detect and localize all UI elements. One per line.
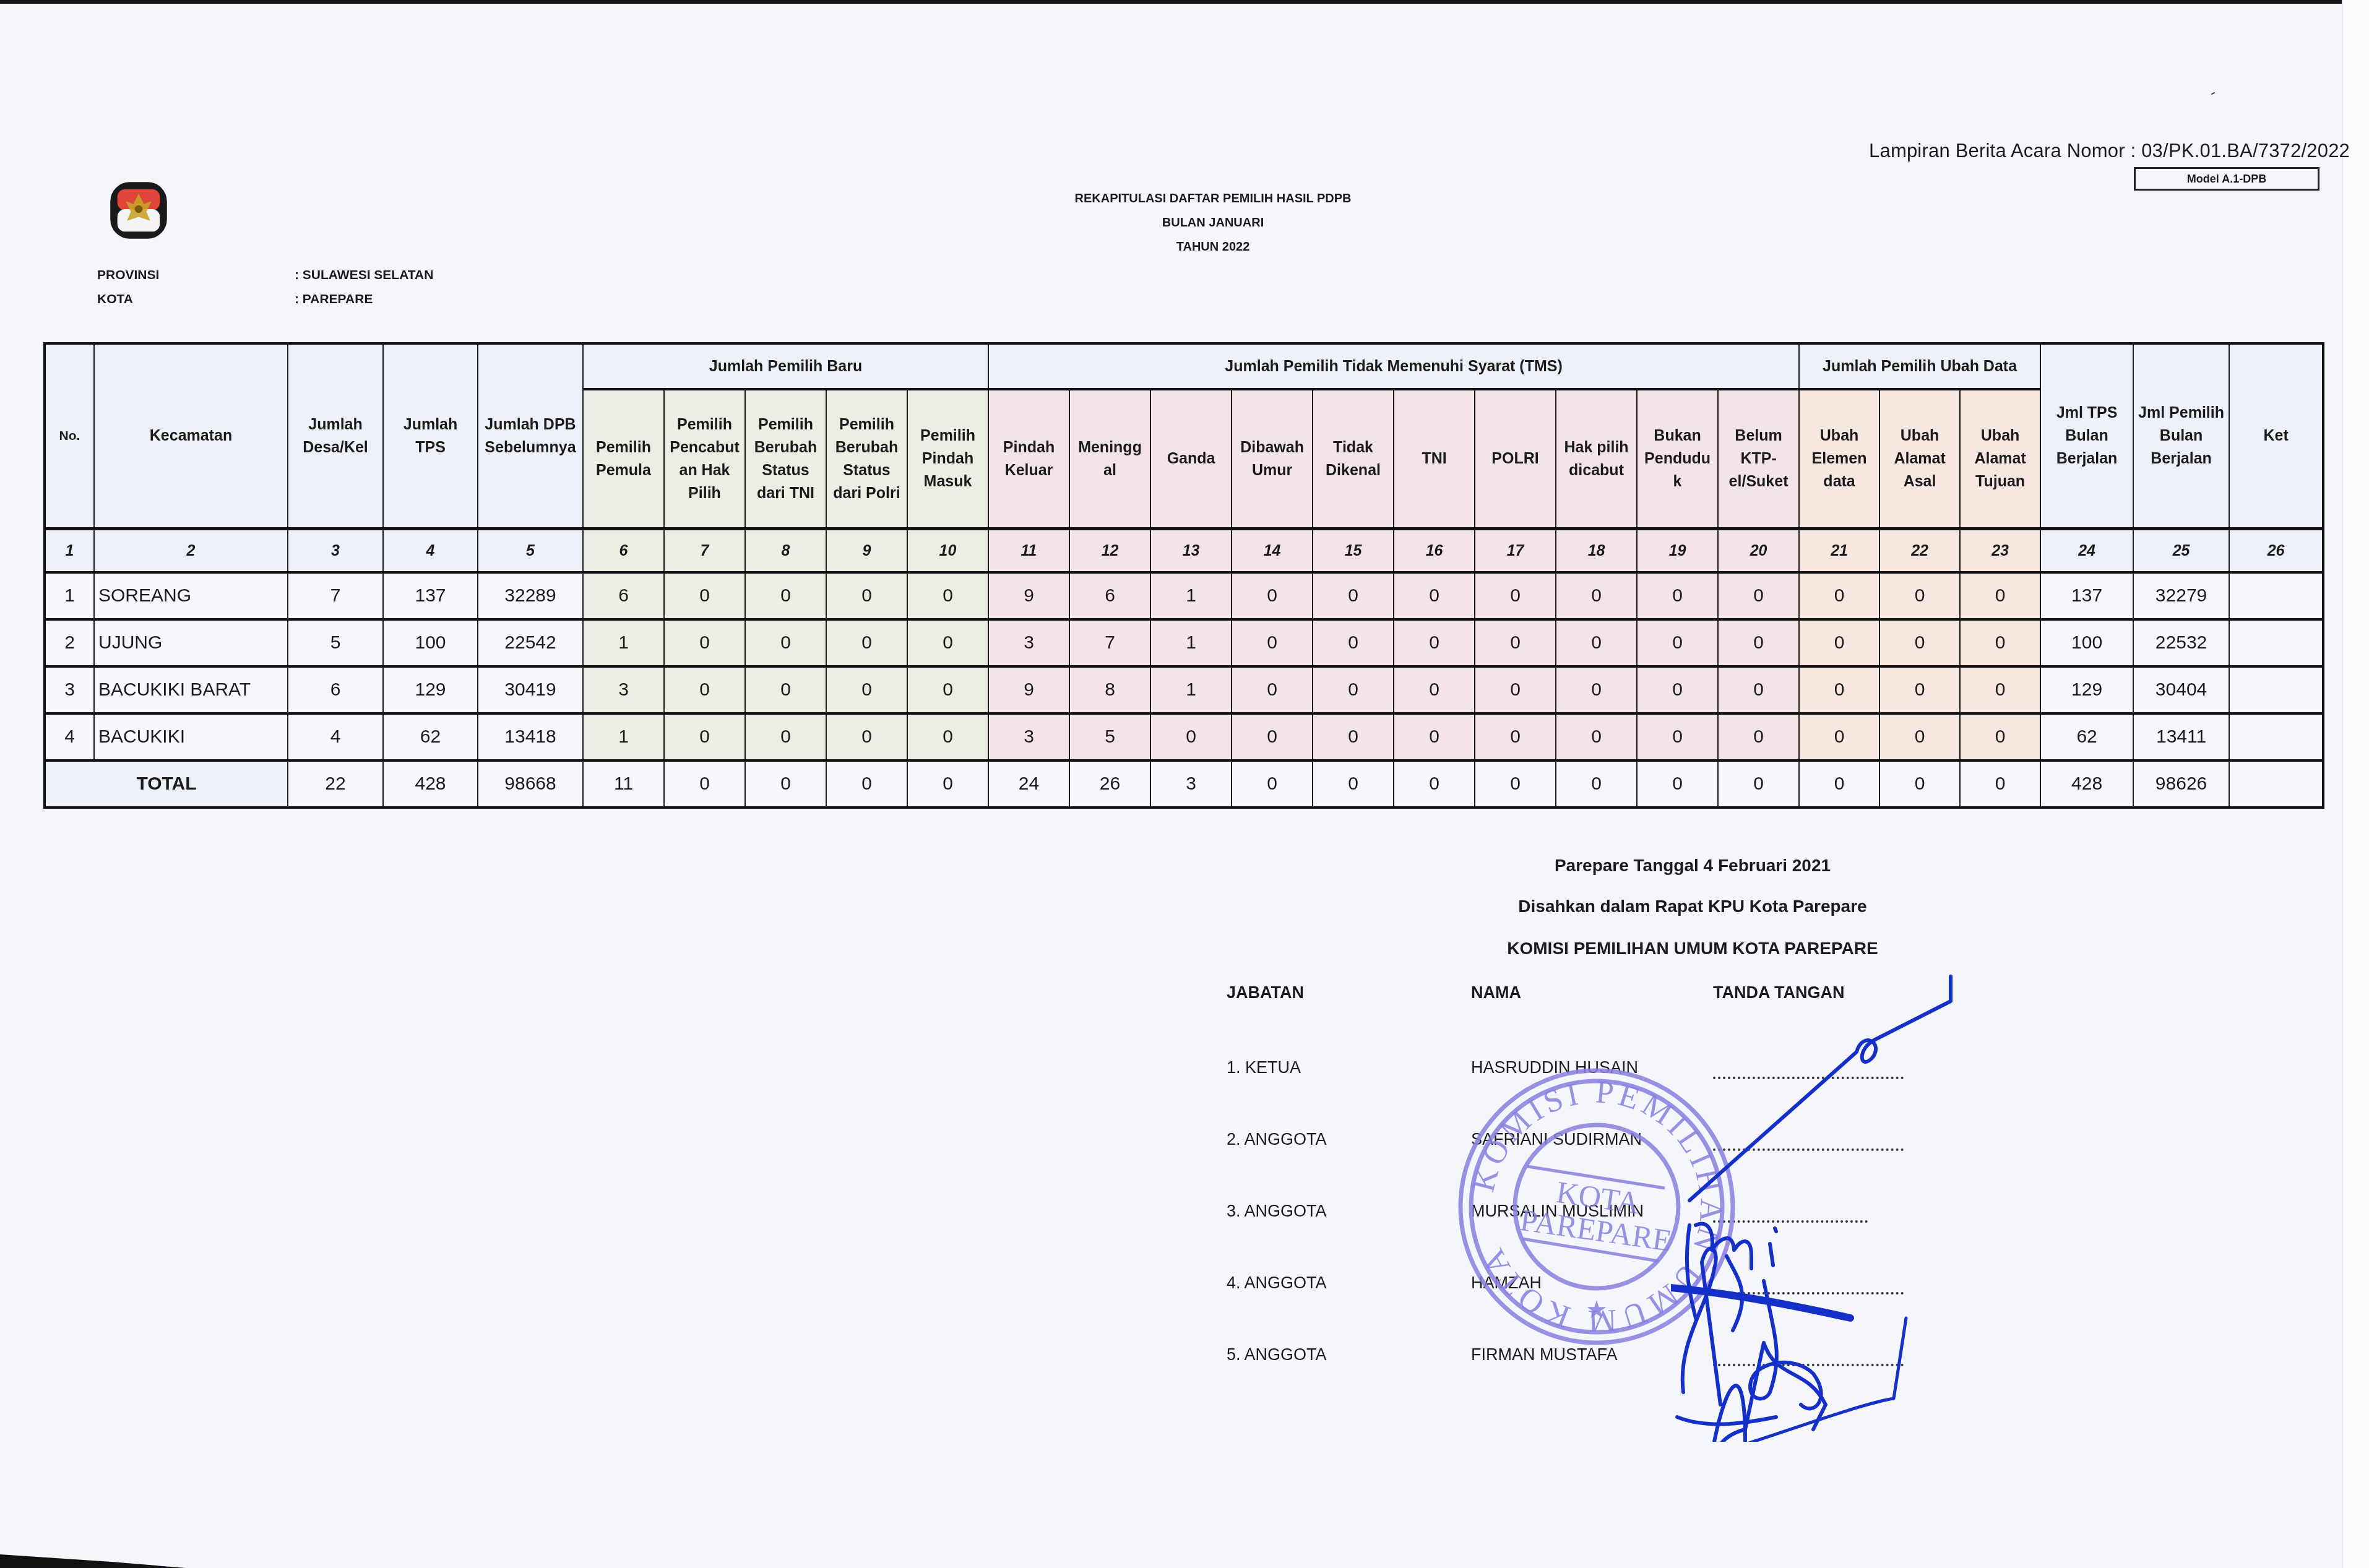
header-ket: Ket (2229, 343, 2323, 529)
cell-tms: 3 (988, 619, 1069, 666)
kota-label: KOTA (97, 292, 133, 307)
total-desa: 22 (288, 760, 383, 808)
column-number: 16 (1394, 529, 1475, 573)
header-tms-9: Bukan Pendudu k (1637, 389, 1718, 529)
cell-tms: 0 (1718, 666, 1799, 713)
cell-baru: 0 (664, 572, 745, 619)
cell-no: 1 (45, 572, 94, 619)
total-baru: 0 (745, 760, 826, 808)
column-number: 21 (1799, 529, 1879, 573)
cell-tps: 129 (383, 666, 478, 713)
model-label-box: Model A.1-DPB (2134, 167, 2319, 191)
header-tms-8: Hak pilih dicabut (1556, 389, 1637, 529)
cell-ket (2229, 572, 2323, 619)
header-pemilih-baru-5: Pemilih Pindah Masuk (907, 389, 988, 529)
cell-desa: 7 (288, 572, 383, 619)
cell-pemilih-berjalan: 13411 (2133, 713, 2229, 760)
scan-top-edge (0, 0, 2369, 4)
total-baru: 0 (826, 760, 907, 808)
cell-kecamatan: UJUNG (94, 619, 288, 666)
total-ket (2229, 760, 2323, 808)
cell-ubah: 0 (1879, 713, 1960, 760)
column-number: 2 (94, 529, 288, 573)
column-number: 1 (45, 529, 94, 573)
header-group-ubah-data: Jumlah Pemilih Ubah Data (1799, 343, 2040, 389)
header-tps: Jumlah TPS (383, 343, 478, 529)
cell-ubah: 0 (1879, 619, 1960, 666)
cell-baru: 0 (664, 619, 745, 666)
total-tms: 0 (1232, 760, 1313, 808)
cell-tms: 8 (1069, 666, 1150, 713)
cell-tps: 62 (383, 713, 478, 760)
cell-baru: 0 (664, 666, 745, 713)
cell-desa: 4 (288, 713, 383, 760)
cell-dpb: 30419 (478, 666, 583, 713)
cell-tms: 9 (988, 666, 1069, 713)
cell-no: 4 (45, 713, 94, 760)
cell-tms: 0 (1637, 666, 1718, 713)
cell-tms: 1 (1150, 572, 1232, 619)
column-number: 25 (2133, 529, 2229, 573)
column-number: 10 (907, 529, 988, 573)
cell-tms: 0 (1556, 713, 1637, 760)
kota-value: : PAREPARE (295, 292, 373, 307)
provinsi-label: PROVINSI (97, 268, 159, 283)
provinsi-value: : SULAWESI SELATAN (295, 268, 433, 283)
header-pemilih-baru-4: Pemilih Berubah Status dari Polri (826, 389, 907, 529)
column-number: 20 (1718, 529, 1799, 573)
cell-ubah: 0 (1960, 666, 2040, 713)
cell-tms: 0 (1556, 572, 1637, 619)
jabatan-heading: JABATAN (1227, 983, 1304, 1002)
scan-mark (2211, 92, 2215, 95)
header-tms-2: Meningg al (1069, 389, 1150, 529)
total-dpb: 98668 (478, 760, 583, 808)
header-group-pemilih-baru: Jumlah Pemilih Baru (583, 343, 988, 389)
cell-baru: 0 (745, 572, 826, 619)
header-tms-1: Pindah Keluar (988, 389, 1069, 529)
cell-tms: 0 (1718, 619, 1799, 666)
column-number: 19 (1637, 529, 1718, 573)
cell-pemilih-berjalan: 22532 (2133, 619, 2229, 666)
cell-tms: 0 (1637, 572, 1718, 619)
signature-line (1713, 1292, 1904, 1294)
column-number: 5 (478, 529, 583, 573)
column-number: 6 (583, 529, 664, 573)
nama-heading: NAMA (1471, 983, 1521, 1002)
cell-tms: 0 (1394, 572, 1475, 619)
cell-baru: 0 (664, 713, 745, 760)
table-row: 3BACUKIKI BARAT6129304193000098100000000… (45, 666, 2323, 713)
column-number: 7 (664, 529, 745, 573)
cell-tms: 5 (1069, 713, 1150, 760)
header-tms-3: Ganda (1150, 389, 1232, 529)
column-number: 22 (1879, 529, 1960, 573)
scan-right-margin (2342, 0, 2369, 1568)
total-baru: 11 (583, 760, 664, 808)
total-tms: 0 (1637, 760, 1718, 808)
cell-tms: 9 (988, 572, 1069, 619)
header-tms-5: Tidak Dikenal (1313, 389, 1394, 529)
header-ubah-3: Ubah Alamat Tujuan (1960, 389, 2040, 529)
cell-baru: 0 (907, 572, 988, 619)
member-jabatan: 1. KETUA (1227, 1058, 1301, 1077)
signature-line (1713, 1220, 1868, 1223)
header-tms-10: Belum KTP-el/Suket (1718, 389, 1799, 529)
cell-pemilih-berjalan: 30404 (2133, 666, 2229, 713)
svg-text:★: ★ (1586, 1296, 1608, 1324)
cell-baru: 3 (583, 666, 664, 713)
cell-tps-berjalan: 100 (2040, 619, 2133, 666)
cell-tms: 0 (1475, 572, 1556, 619)
cell-ubah: 0 (1960, 619, 2040, 666)
cell-tms: 0 (1394, 713, 1475, 760)
cell-tms: 0 (1637, 713, 1718, 760)
table-row: 2UJUNG5100225421000037100000000001002253… (45, 619, 2323, 666)
cell-tms: 0 (1313, 713, 1394, 760)
total-pemilih-berjalan: 98626 (2133, 760, 2229, 808)
cell-no: 3 (45, 666, 94, 713)
cell-ket (2229, 713, 2323, 760)
cell-baru: 0 (745, 619, 826, 666)
total-tms: 24 (988, 760, 1069, 808)
cell-baru: 0 (826, 713, 907, 760)
header-tps-berjalan: Jml TPS Bulan Berjalan (2040, 343, 2133, 529)
cell-desa: 6 (288, 666, 383, 713)
document-month: BULAN JANUARI (965, 216, 1461, 230)
cell-dpb: 32289 (478, 572, 583, 619)
cell-tms: 0 (1313, 619, 1394, 666)
header-ubah-1: Ubah Elemen data (1799, 389, 1879, 529)
column-number: 26 (2229, 529, 2323, 573)
cell-tms: 0 (1556, 666, 1637, 713)
header-pemilih-baru-2: Pemilih Pencabut an Hak Pilih (664, 389, 745, 529)
cell-tms: 0 (1718, 572, 1799, 619)
member-nama: SAFRIANI SUDIRMAN (1471, 1130, 1642, 1149)
cell-kecamatan: BACUKIKI (94, 713, 288, 760)
total-tms: 0 (1475, 760, 1556, 808)
cell-baru: 0 (826, 572, 907, 619)
cell-dpb: 22542 (478, 619, 583, 666)
header-tms-7: POLRI (1475, 389, 1556, 529)
cell-tms: 0 (1232, 572, 1313, 619)
column-number: 23 (1960, 529, 2040, 573)
signature-line (1713, 1148, 1904, 1151)
cell-ubah: 0 (1799, 666, 1879, 713)
cell-ubah: 0 (1960, 572, 2040, 619)
cell-tps-berjalan: 62 (2040, 713, 2133, 760)
header-tms-6: TNI (1394, 389, 1475, 529)
cell-ubah: 0 (1879, 666, 1960, 713)
cell-tms: 0 (1313, 572, 1394, 619)
kpu-logo-icon (106, 178, 171, 243)
document-year: TAHUN 2022 (965, 240, 1461, 254)
member-jabatan: 5. ANGGOTA (1227, 1345, 1327, 1364)
cell-tms: 0 (1313, 666, 1394, 713)
cell-ket (2229, 619, 2323, 666)
header-pemilih-berjalan: Jml Pemilih Bulan Berjalan (2133, 343, 2229, 529)
total-label: TOTAL (45, 760, 288, 808)
total-tms: 0 (1394, 760, 1475, 808)
total-tps: 428 (383, 760, 478, 808)
header-pemilih-baru-1: Pemilih Pemula (583, 389, 664, 529)
column-number: 11 (988, 529, 1069, 573)
cell-tms: 0 (1150, 713, 1232, 760)
cell-tms: 0 (1232, 619, 1313, 666)
header-dpb: Jumlah DPB Sebelumnya (478, 343, 583, 529)
header-desa: Jumlah Desa/Kel (288, 343, 383, 529)
signatures-icon (1671, 971, 1993, 1442)
total-baru: 0 (664, 760, 745, 808)
cell-tms: 0 (1232, 713, 1313, 760)
cell-baru: 6 (583, 572, 664, 619)
header-no: No. (45, 343, 94, 529)
cell-tps-berjalan: 137 (2040, 572, 2133, 619)
place-date: Parepare Tanggal 4 Februari 2021 (1414, 856, 1971, 876)
column-number: 4 (383, 529, 478, 573)
total-row: TOTAL22428986681100002426300000000004289… (45, 760, 2323, 808)
cell-baru: 1 (583, 619, 664, 666)
signature-line (1713, 1364, 1904, 1366)
column-number: 8 (745, 529, 826, 573)
cell-baru: 0 (745, 713, 826, 760)
column-number: 18 (1556, 529, 1637, 573)
approval-statement: Disahkan dalam Rapat KPU Kota Parepare (1414, 897, 1971, 916)
tanda-tangan-heading: TANDA TANGAN (1713, 983, 1844, 1002)
total-ubah: 0 (1960, 760, 2040, 808)
document-title: REKAPITULASI DAFTAR PEMILIH HASIL PDPB (965, 192, 1461, 206)
header-ubah-2: Ubah Alamat Asal (1879, 389, 1960, 529)
cell-desa: 5 (288, 619, 383, 666)
cell-tms: 0 (1556, 619, 1637, 666)
header-group-tms: Jumlah Pemilih Tidak Memenuhi Syarat (TM… (988, 343, 1799, 389)
header-kecamatan: Kecamatan (94, 343, 288, 529)
cell-tms: 6 (1069, 572, 1150, 619)
cell-ubah: 0 (1960, 713, 2040, 760)
column-number-row: 1234567891011121314151617181920212223242… (45, 529, 2323, 573)
column-number: 14 (1232, 529, 1313, 573)
cell-baru: 0 (826, 619, 907, 666)
lampiran-reference: Lampiran Berita Acara Nomor : 03/PK.01.B… (1869, 140, 2350, 162)
cell-tms: 0 (1718, 713, 1799, 760)
cell-tps-berjalan: 129 (2040, 666, 2133, 713)
cell-baru: 0 (745, 666, 826, 713)
member-jabatan: 4. ANGGOTA (1227, 1273, 1327, 1293)
cell-baru: 0 (907, 713, 988, 760)
cell-baru: 0 (826, 666, 907, 713)
cell-kecamatan: BACUKIKI BARAT (94, 666, 288, 713)
header-pemilih-baru-3: Pemilih Berubah Status dari TNI (745, 389, 826, 529)
column-number: 9 (826, 529, 907, 573)
total-tms: 0 (1556, 760, 1637, 808)
total-tps-berjalan: 428 (2040, 760, 2133, 808)
cell-tms: 1 (1150, 666, 1232, 713)
column-number: 24 (2040, 529, 2133, 573)
institution-name: KOMISI PEMILIHAN UMUM KOTA PAREPARE (1414, 939, 1971, 958)
cell-tms: 7 (1069, 619, 1150, 666)
cell-ubah: 0 (1799, 619, 1879, 666)
total-baru: 0 (907, 760, 988, 808)
cell-ket (2229, 666, 2323, 713)
total-tms: 26 (1069, 760, 1150, 808)
cell-ubah: 0 (1879, 572, 1960, 619)
cell-tms: 0 (1394, 666, 1475, 713)
member-jabatan: 2. ANGGOTA (1227, 1130, 1327, 1149)
cell-baru: 1 (583, 713, 664, 760)
total-ubah: 0 (1879, 760, 1960, 808)
signature-line (1713, 1077, 1904, 1079)
table-row: 4BACUKIKI4621341810000350000000000062134… (45, 713, 2323, 760)
total-tms: 0 (1718, 760, 1799, 808)
column-number: 15 (1313, 529, 1394, 573)
member-nama: FIRMAN MUSTAFA (1471, 1345, 1618, 1364)
cell-tms: 0 (1394, 619, 1475, 666)
member-nama: HASRUDDIN HUSAIN (1471, 1058, 1638, 1077)
total-tms: 0 (1313, 760, 1394, 808)
table-row: 1SOREANG71373228960000961000000000013732… (45, 572, 2323, 619)
cell-ubah: 0 (1799, 572, 1879, 619)
total-ubah: 0 (1799, 760, 1879, 808)
column-number: 3 (288, 529, 383, 573)
column-number: 13 (1150, 529, 1232, 573)
scan-bottom-shadow (0, 1554, 186, 1568)
cell-kecamatan: SOREANG (94, 572, 288, 619)
cell-tms: 3 (988, 713, 1069, 760)
cell-tps: 100 (383, 619, 478, 666)
cell-tms: 0 (1637, 619, 1718, 666)
cell-tms: 0 (1475, 619, 1556, 666)
column-number: 17 (1475, 529, 1556, 573)
cell-tps: 137 (383, 572, 478, 619)
total-tms: 3 (1150, 760, 1232, 808)
cell-dpb: 13418 (478, 713, 583, 760)
cell-tms: 0 (1475, 666, 1556, 713)
cell-tms: 1 (1150, 619, 1232, 666)
column-number: 12 (1069, 529, 1150, 573)
recap-table: No. Kecamatan Jumlah Desa/Kel Jumlah TPS… (43, 342, 2324, 809)
cell-no: 2 (45, 619, 94, 666)
cell-pemilih-berjalan: 32279 (2133, 572, 2229, 619)
cell-tms: 0 (1475, 713, 1556, 760)
cell-ubah: 0 (1799, 713, 1879, 760)
cell-tms: 0 (1232, 666, 1313, 713)
cell-baru: 0 (907, 619, 988, 666)
member-nama: MURSALIN MUSLIMIN (1471, 1202, 1644, 1221)
cell-baru: 0 (907, 666, 988, 713)
member-jabatan: 3. ANGGOTA (1227, 1202, 1327, 1221)
member-nama: HAMZAH (1471, 1273, 1542, 1293)
header-tms-4: Dibawah Umur (1232, 389, 1313, 529)
